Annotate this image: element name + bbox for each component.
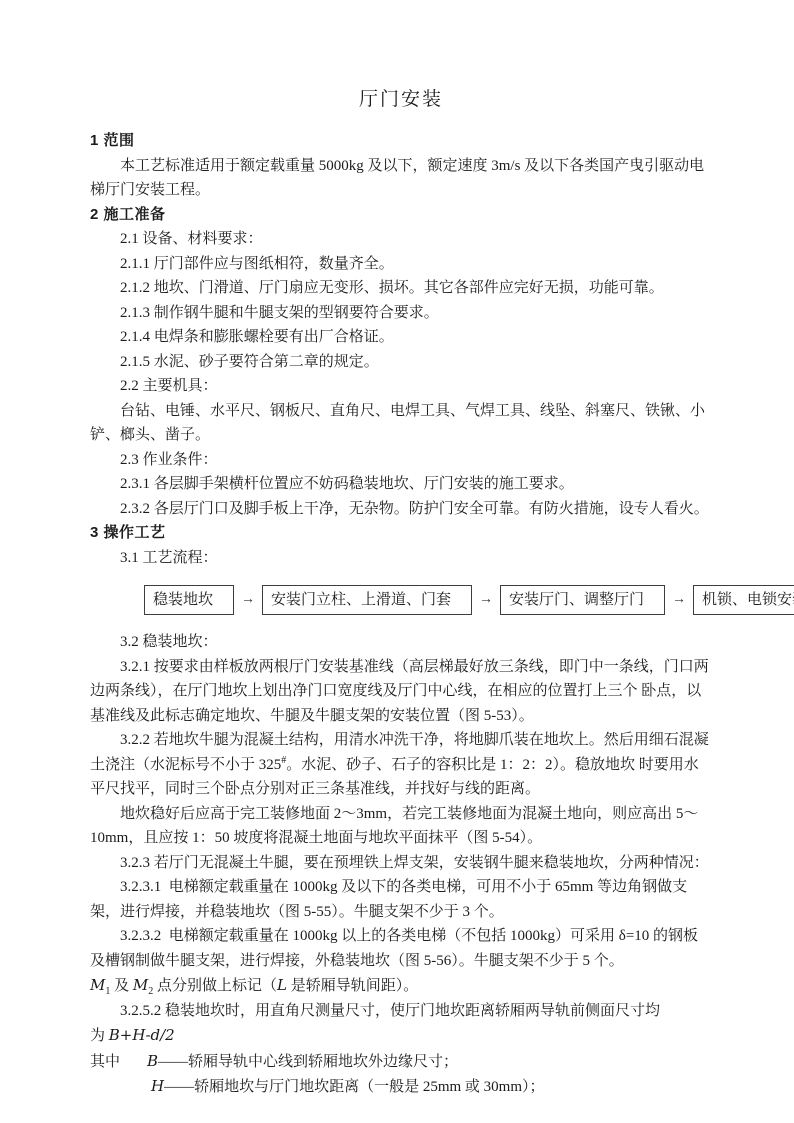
para-mark-points: M1 及 M2 点分别做上标记（L 是轿厢导轨间距）。 [90, 973, 712, 999]
para-mark-points-text: 及 [110, 978, 133, 994]
para-scope-body: 本工艺标准适用于额定载重量 5000kg 及以下，额定速度 3m/s 及以下各类… [90, 154, 712, 203]
point-m1-symbol: M [90, 976, 105, 994]
para-3-2-1: 3.2.1 按要求由样板放两根厅门安装基准线（高层梯最好放三条线，即门中一条线，… [90, 655, 712, 729]
para-2-3-2: 2.3.2 各层厅门口及脚手板上干净，无杂物。防护门安全可靠。有防火措施，设专人… [90, 497, 712, 522]
para-2-1-5: 2.1.5 水泥、砂子要符合第二章的规定。 [90, 350, 712, 375]
para-tools: 台钻、电锤、水平尺、钢板尺、直角尺、电焊工具、气焊工具、线坠、斜塞尺、铁锹、小铲… [90, 399, 712, 448]
variable-h-symbol: H [151, 1077, 164, 1095]
para-3-2-3: 3.2.3 若厅门无混凝土牛腿，要在预埋铁上焊支架，安装钢牛腿来稳装地坎，分两种… [90, 851, 712, 876]
para-2-2: 2.2 主要机具： [90, 374, 712, 399]
point-m2-symbol: M [133, 976, 148, 994]
para-formula: 为 B+H-d/2 [90, 1023, 712, 1049]
para-2-1: 2.1 设备、材料要求： [90, 227, 712, 252]
para-3-2-5-2: 3.2.5.2 稳装地坎时，用直角尺测量尺寸，使厅门地坎距离轿厢两导轨前侧面尺寸… [90, 999, 712, 1024]
para-2-1-4: 2.1.4 电焊条和膨胀螺栓要有出厂合格证。 [90, 325, 712, 350]
flow-arrow-icon: → [479, 592, 493, 608]
para-3-1: 3.1 工艺流程： [90, 546, 712, 571]
para-mark-points-text: 点分别做上标记（ [153, 978, 277, 994]
definition-b: 其中B——轿厢导轨中心线到轿厢地坎外边缘尺寸； [90, 1049, 712, 1075]
para-sill-height: 地炊稳好后应高于完工装修地面 2～3mm，若完工装修地面为混凝土地向，则应高出 … [90, 802, 712, 851]
definition-where-label: 其中 [90, 1054, 120, 1070]
formula-prefix: 为 [90, 1028, 109, 1044]
section-2-heading: 2 施工准备 [90, 203, 712, 228]
para-3-2-3-1: 3.2.3.1 电梯额定载重量在 1000kg 及以下的各类电梯，可用不小于 6… [90, 875, 712, 924]
process-flowchart: 稳装地坎 → 安装门立柱、上滑道、门套 → 安装厅门、调整厅门 → 机锁、电锁安… [144, 585, 712, 615]
para-2-1-2: 2.1.2 地坎、门滑道、厅门扇应无变形、损坏。其它各部件应完好无损，功能可靠。 [90, 276, 712, 301]
para-2-1-3: 2.1.3 制作钢牛腿和牛腿支架的型钢要符合要求。 [90, 301, 712, 326]
flow-step-1: 稳装地坎 [144, 585, 234, 615]
definition-h-text: ——轿厢地坎与厅门地坎距离（一般是 25mm 或 30mm）； [164, 1079, 544, 1095]
para-3-2: 3.2 稳装地坎： [90, 630, 712, 655]
flow-step-4: 机锁、电锁安装 [693, 585, 794, 615]
section-1-heading: 1 范围 [90, 129, 712, 154]
definition-b-text: ——轿厢导轨中心线到轿厢地坎外边缘尺寸； [158, 1054, 458, 1070]
flow-step-2: 安装门立柱、上滑道、门套 [262, 585, 472, 615]
variable-l-symbol: L [277, 976, 287, 994]
para-3-2-3-2: 3.2.3.2 电梯额定载重量在 1000kg 以上的各类电梯（不包括 1000… [90, 924, 712, 973]
para-2-3: 2.3 作业条件： [90, 448, 712, 473]
section-3-heading: 3 操作工艺 [90, 521, 712, 546]
formula-expression: B+H-d/2 [109, 1026, 175, 1044]
para-3-2-2: 3.2.2 若地坎牛腿为混凝土结构，用清水冲洗干净，将地脚爪装在地坎上。然后用细… [90, 728, 712, 802]
para-mark-points-text: 是轿厢导轨间距）。 [287, 978, 418, 994]
para-2-3-1: 2.3.1 各层脚手架横杆位置应不妨码稳装地坎、厅门安装的施工要求。 [90, 472, 712, 497]
document-page: 厅门安装 1 范围 本工艺标准适用于额定载重量 5000kg 及以下，额定速度 … [0, 0, 794, 1100]
flow-arrow-icon: → [241, 592, 255, 608]
flow-step-3: 安装厅门、调整厅门 [500, 585, 665, 615]
variable-b-symbol: B [147, 1052, 158, 1070]
flow-arrow-icon: → [672, 592, 686, 608]
para-2-1-1: 2.1.1 厅门部件应与图纸相符，数量齐全。 [90, 252, 712, 277]
definition-h: H——轿厢地坎与厅门地坎距离（一般是 25mm 或 30mm）； [151, 1074, 712, 1100]
document-title: 厅门安装 [90, 84, 712, 111]
